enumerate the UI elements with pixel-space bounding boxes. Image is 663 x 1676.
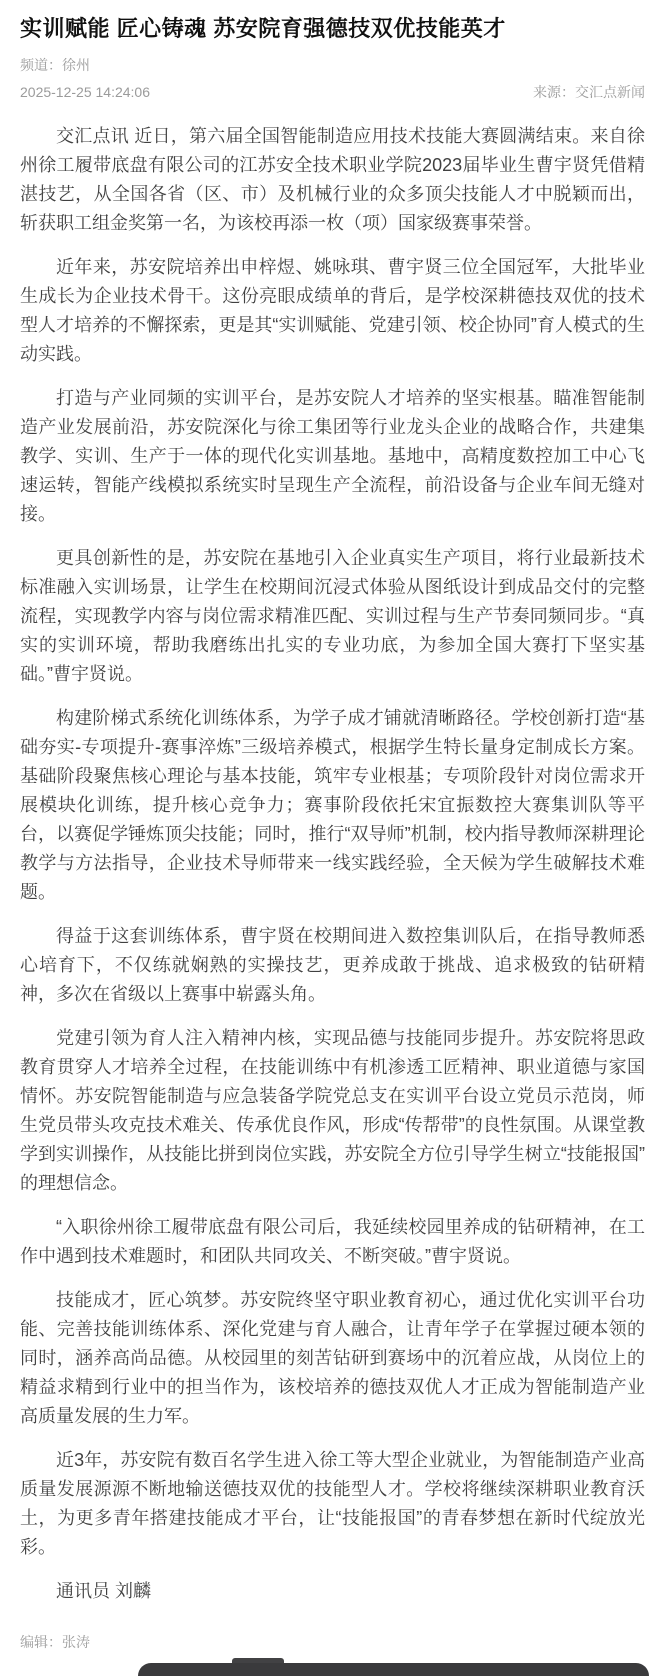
article-paragraph: 构建阶梯式系统化训练体系，为学子成才铺就清晰路径。学校创新打造“基础夯实-专项提… (20, 704, 645, 907)
article-paragraph: 得益于这套训练体系，曹宇贤在校期间进入数控集训队后，在指导教师悉心培育下，不仅练… (20, 922, 645, 1009)
article-paragraph: 技能成才，匠心筑梦。苏安院终坚守职业教育初心，通过优化实训平台功能、完善技能训练… (20, 1286, 645, 1431)
device-frame-top (138, 1663, 649, 1676)
meta-row: 2025-12-25 14:24:06 来源：交汇点新闻 (20, 82, 645, 102)
editor-line: 编辑：张涛 (20, 1632, 645, 1652)
article-paragraph: 近3年，苏安院有数百名学生进入徐工等大型企业就业，为智能制造产业高质量发展源源不… (20, 1446, 645, 1562)
article-paragraph: “入职徐州徐工履带底盘有限公司后，我延续校园里养成的钻研精神，在工作中遇到技术难… (20, 1213, 645, 1271)
article-paragraph: 更具创新性的是，苏安院在基地引入企业真实生产项目，将行业最新技术标准融入实训场景… (20, 544, 645, 689)
publish-datetime: 2025-12-25 14:24:06 (20, 84, 150, 100)
article-paragraph: 党建引领为育人注入精神内核，实现品德与技能同步提升。苏安院将思政教育贯穿人才培养… (20, 1024, 645, 1198)
correspondent-line: 通讯员 刘麟 (20, 1577, 645, 1606)
source-label: 来源：交汇点新闻 (533, 82, 645, 102)
channel-label: 频道：徐州 (20, 55, 645, 75)
article-page: 实训赋能 匠心铸魂 苏安院育强德技双优技能英才 频道：徐州 2025-12-25… (0, 14, 663, 1652)
article-title: 实训赋能 匠心铸魂 苏安院育强德技双优技能英才 (20, 14, 645, 43)
article-paragraph: 打造与产业同频的实训平台，是苏安院人才培养的坚实根基。瞄准智能制造产业发展前沿，… (20, 384, 645, 529)
article-body: 交汇点讯 近日，第六届全国智能制造应用技术技能大赛圆满结束。来自徐州徐工履带底盘… (20, 122, 645, 1652)
article-paragraph: 近年来，苏安院培养出申梓煜、姚咏琪、曹宇贤三位全国冠军，大批毕业生成长为企业技术… (20, 253, 645, 369)
article-paragraph: 交汇点讯 近日，第六届全国智能制造应用技术技能大赛圆满结束。来自徐州徐工履带底盘… (20, 122, 645, 238)
